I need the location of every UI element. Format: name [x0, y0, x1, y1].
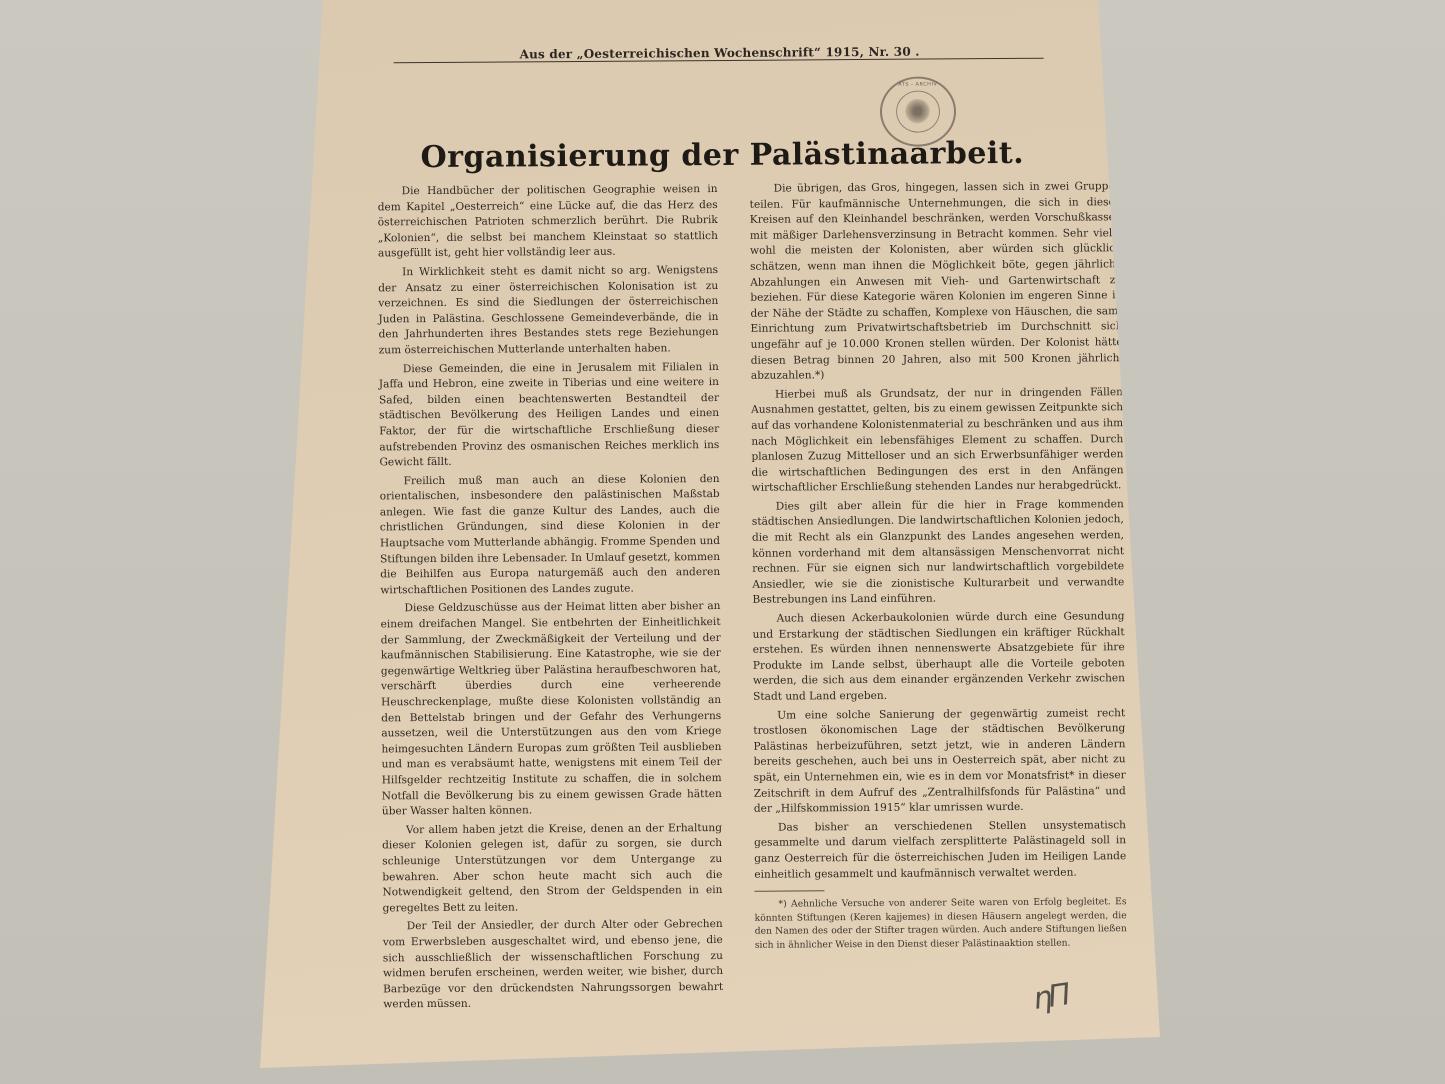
handwritten-note: ηΠ: [1031, 977, 1069, 1017]
paragraph: Dies gilt aber allein für die hier in Fr…: [752, 497, 1125, 609]
paragraph: Der Teil der Ansiedler, der durch Alter …: [383, 917, 724, 1013]
paragraph: Freilich muß man auch an diese Kolonien …: [380, 472, 721, 599]
paragraph: Auch diesen Ackerbaukolonien würde durch…: [753, 609, 1126, 705]
paragraph: Diese Geldzuschüsse aus der Heimat litte…: [380, 599, 722, 820]
left-column: Die Handbücher der politischen Geographi…: [378, 182, 724, 1016]
paragraph: In Wirklichkeit steht es damit nicht so …: [378, 263, 719, 359]
footnote-rule: [754, 890, 824, 891]
paragraph: Die übrigen, das Gros, hingegen, lassen …: [749, 179, 1122, 384]
paragraph: Vor allem haben jetzt die Kreise, denen …: [382, 821, 723, 917]
stamp-emblem-icon: [905, 99, 930, 124]
stamp-inner-ring: [896, 90, 940, 132]
article-title: Organisierung der Palästinaarbeit.: [397, 136, 1047, 176]
paragraph: Das bisher an verschiedenen Stellen unsy…: [754, 818, 1126, 883]
paragraph: Die Handbücher der politischen Geographi…: [378, 182, 719, 262]
footnote: *) Aehnliche Versuche von anderer Seite …: [754, 895, 1126, 952]
right-column: Die übrigen, das Gros, hingegen, lassen …: [749, 179, 1126, 955]
stamp-text: ATS - ARCHIV: [882, 81, 954, 88]
paragraph: Um eine solche Sanierung der gegenwärtig…: [753, 706, 1126, 818]
paragraph: Hierbei muß als Grundsatz, der nur in dr…: [751, 385, 1124, 497]
paragraph: Diese Gemeinden, die eine in Jerusalem m…: [379, 360, 720, 472]
